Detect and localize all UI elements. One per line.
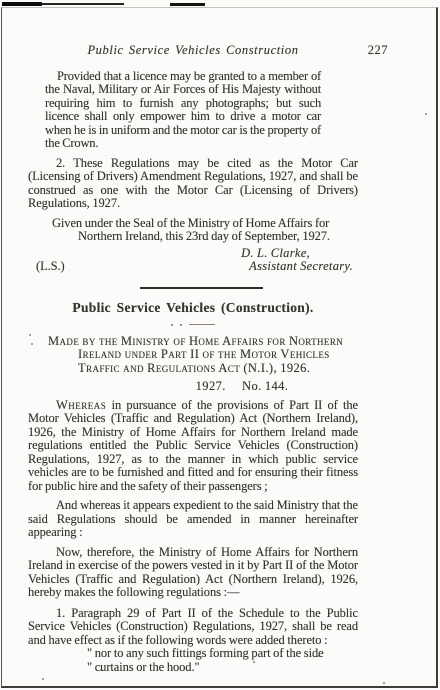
signatory-name: D. L. Clarke,	[28, 247, 358, 261]
scan-speck	[383, 682, 385, 684]
page-number: 227	[368, 44, 388, 58]
and-whereas-recital: And whereas it appears expedient to the …	[28, 499, 358, 540]
scanned-page: Public Service Vehicles Construction 227…	[0, 0, 440, 690]
quoted-line: " nor to any such fittings forming part …	[87, 647, 358, 661]
scan-artifact	[170, 3, 205, 6]
scan-artifact	[2, 2, 42, 6]
sealing-clause: Given under the Seal of the Ministry of …	[28, 217, 358, 244]
signatory-title: Assistant Secretary.	[28, 260, 358, 274]
page-content: Public Service Vehicles Construction 227…	[28, 44, 358, 674]
scan-artifact	[41, 3, 124, 5]
ornament-divider	[28, 323, 358, 327]
citation-clause: 2. These Regulations may be cited as the…	[28, 157, 358, 211]
whereas-text: in pursuance of the provisions of Part I…	[28, 398, 358, 493]
regulation-1: 1. Paragraph 29 of Part II of the Schedu…	[28, 607, 358, 648]
made-by-caption: Made by the Ministry of Home Affairs for…	[48, 335, 358, 376]
running-header: Public Service Vehicles Construction 227	[28, 44, 358, 58]
serial-line: 1927. No. 144.	[77, 380, 407, 394]
quoted-line: " curtains or the hood."	[87, 661, 358, 675]
year-label: 1927.	[196, 379, 226, 393]
regulations-title: Public Service Vehicles (Construction).	[28, 300, 358, 316]
ornament-dot	[180, 324, 182, 326]
enacting-clause: Now, therefore, the Ministry of Home Aff…	[28, 546, 358, 600]
whereas-recital: Whereas in pursuance of the provisions o…	[28, 399, 358, 494]
serial-number: No. 144.	[242, 379, 288, 393]
running-header-title: Public Service Vehicles Construction	[87, 43, 298, 57]
ornament-dash	[189, 324, 215, 325]
quoted-amendment: " nor to any such fittings forming part …	[87, 647, 358, 674]
signature-block: D. L. Clarke, Assistant Secretary. (L.S.…	[28, 247, 358, 274]
section-divider	[140, 287, 263, 289]
seal-mark: (L.S.)	[36, 260, 65, 274]
scan-speck	[425, 113, 427, 115]
proviso-paragraph: Provided that a licence may be granted t…	[45, 70, 321, 151]
whereas-lead: Whereas	[56, 398, 106, 412]
ornament-dot	[171, 324, 173, 326]
scan-speck	[42, 678, 44, 680]
